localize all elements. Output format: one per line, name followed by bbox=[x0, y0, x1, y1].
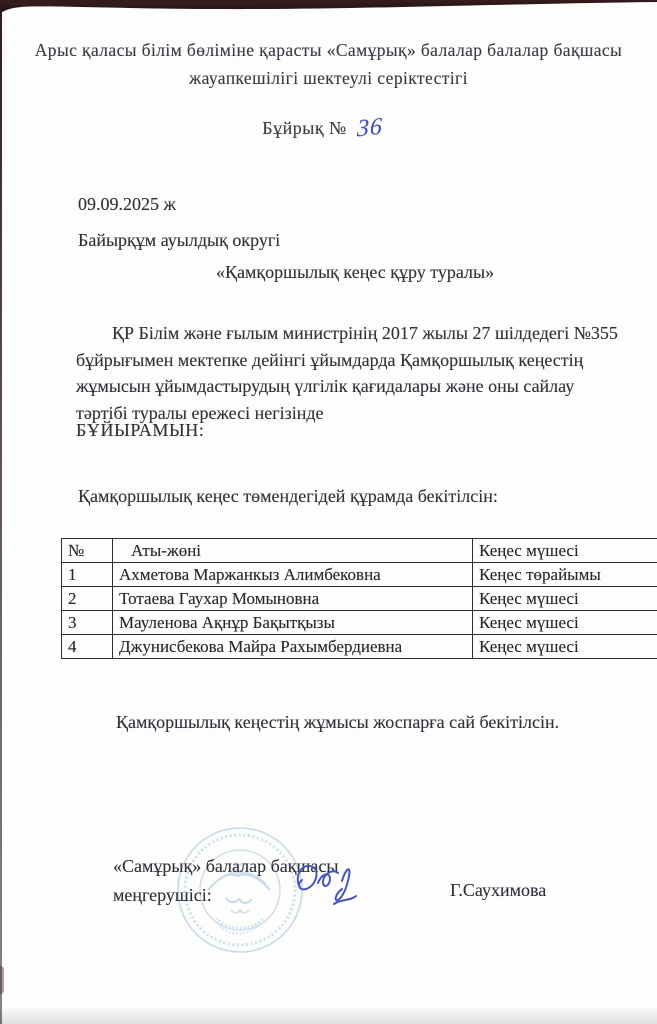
signer-name: Г.Саухимова bbox=[450, 880, 546, 901]
org-title-line2: жауапкешілігі шектеулі серіктестігі bbox=[20, 64, 637, 92]
scan-edge-left bbox=[0, 0, 2, 1024]
cell-role: Кеңес төрайымы bbox=[473, 563, 657, 587]
cell-name: Тотаева Гаухар Момыновна bbox=[113, 587, 473, 611]
cell-role: Кеңес мүшесі bbox=[473, 611, 657, 635]
org-title: Арыс қаласы білім бөліміне қарасты «Самұ… bbox=[20, 36, 637, 92]
scan-shadow-bottom bbox=[0, 1006, 657, 1024]
scan-smudge bbox=[0, 966, 4, 994]
order-label: Бұйрық № bbox=[262, 118, 346, 139]
district-line: Байырқұм ауылдық округі bbox=[78, 230, 280, 251]
col-header-role: Кеңес мүшесі bbox=[473, 539, 657, 563]
cell-role: Кеңес мүшесі bbox=[473, 587, 657, 611]
signature-scribble bbox=[288, 856, 368, 912]
decree-word: БҰЙЫРАМЫН: bbox=[76, 420, 204, 441]
order-date: 09.09.2025 ж bbox=[78, 194, 176, 215]
scan-edge-top bbox=[0, 0, 657, 16]
cell-num: 2 bbox=[62, 587, 113, 611]
table-row: 1 Ахметова Маржанкыз Алимбековна Кеңес т… bbox=[62, 563, 657, 587]
table-row: 2 Тотаева Гаухар Момыновна Кеңес мүшесі bbox=[62, 587, 657, 611]
cell-num: 4 bbox=[62, 635, 113, 659]
table-row: 3 Мауленова Ақнұр Бақытқызы Кеңес мүшесі bbox=[62, 611, 657, 635]
closing-line: Қамқоршылық кеңестің жұмысы жоспарға сай… bbox=[116, 712, 559, 733]
cell-num: 3 bbox=[62, 611, 113, 635]
order-number-line: Бұйрық № 36 bbox=[0, 110, 651, 146]
table-intro: Қамқоршылық кеңес төмендегідей құрамда б… bbox=[78, 486, 498, 507]
document-page: Арыс қаласы білім бөліміне қарасты «Самұ… bbox=[0, 0, 657, 1024]
cell-role: Кеңес мүшесі bbox=[473, 635, 657, 659]
table-header-row: № Аты-жөні Кеңес мүшесі bbox=[62, 539, 657, 563]
cell-name: Мауленова Ақнұр Бақытқызы bbox=[113, 611, 473, 635]
council-table: № Аты-жөні Кеңес мүшесі 1 Ахметова Маржа… bbox=[61, 538, 657, 659]
col-header-num: № bbox=[62, 539, 113, 563]
col-header-name: Аты-жөні bbox=[113, 539, 473, 563]
cell-name: Джунисбекова Майра Рахымбердиевна bbox=[113, 635, 473, 659]
org-title-line1: Арыс қаласы білім бөліміне қарасты «Самұ… bbox=[20, 36, 637, 64]
order-number-handwritten: 36 bbox=[356, 113, 383, 143]
table-row: 4 Джунисбекова Майра Рахымбердиевна Кеңе… bbox=[62, 635, 657, 659]
order-subject: «Қамқоршылық кеңес құру туралы» bbox=[216, 262, 494, 283]
body-paragraph: ҚР Білім және ғылым министрінің 2017 жыл… bbox=[76, 320, 628, 426]
cell-num: 1 bbox=[62, 563, 113, 587]
cell-name: Ахметова Маржанкыз Алимбековна bbox=[113, 563, 473, 587]
